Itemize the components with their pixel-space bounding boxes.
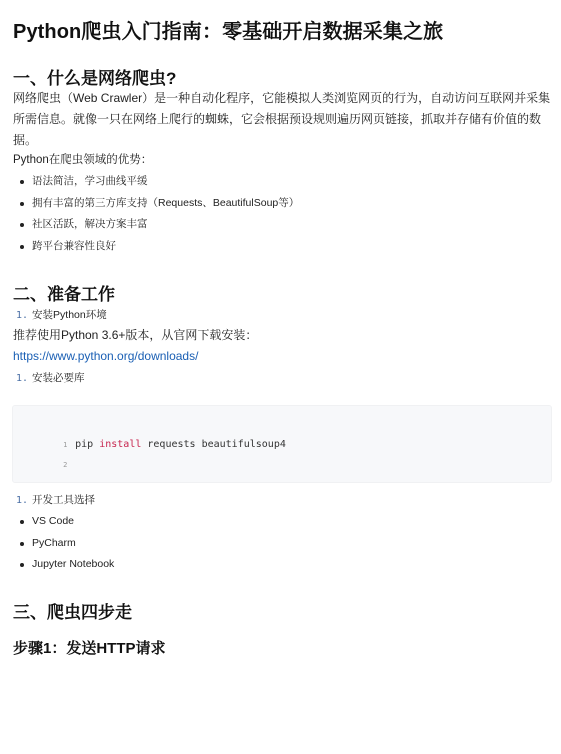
list-number: 1. (16, 495, 28, 506)
list-number: 1. (16, 373, 28, 384)
list-item: 语法简洁，学习曲线平缓 (13, 171, 299, 193)
advantages-intro: Python在爬虫领域的优势： (13, 150, 551, 171)
section-heading-preparation: 二、准备工作 (13, 280, 115, 305)
line-number: 2 (63, 461, 75, 469)
subheading-step1: 步骤1：发送HTTP请求 (13, 637, 166, 658)
list-item: VS Code (13, 511, 114, 533)
code-keyword: install (99, 439, 141, 450)
ordered-item-install-python: 1.安装Python环境 (16, 306, 107, 325)
list-item-label: 安装Python环境 (32, 309, 107, 321)
tools-list: VS Code PyCharm Jupyter Notebook (13, 511, 114, 576)
page-title: Python爬虫入门指南：零基础开启数据采集之旅 (13, 15, 443, 44)
crawler-definition-paragraph: 网络爬虫（Web Crawler）是一种自动化程序，它能模拟人类浏览网页的行为，… (13, 88, 551, 151)
advantages-list: 语法简洁，学习曲线平缓 拥有丰富的第三方库支持（Requests、Beautif… (13, 171, 299, 257)
code-line-2: 2 (27, 448, 75, 481)
python-download-link[interactable]: https://www.python.org/downloads/ (13, 347, 198, 365)
code-block[interactable]: 1pip install requests beautifulsoup4 2 (12, 405, 552, 483)
ordered-item-dev-tools: 1.开发工具选择 (16, 491, 95, 510)
list-item: 跨平台兼容性良好 (13, 236, 299, 258)
list-item: 社区活跃，解决方案丰富 (13, 214, 299, 236)
list-item-label: 开发工具选择 (32, 494, 95, 506)
code-command: pip (75, 439, 99, 450)
list-item-label: 安装必要库 (32, 372, 85, 384)
list-number: 1. (16, 310, 28, 321)
list-item: PyCharm (13, 533, 114, 555)
list-item: 拥有丰富的第三方库支持（Requests、BeautifulSoup等） (13, 193, 299, 215)
recommend-text: 推荐使用Python 3.6+版本，从官网下载安装： (13, 326, 551, 344)
ordered-item-install-libs: 1.安装必要库 (16, 369, 85, 388)
section-heading-what-is-crawler: 一、什么是网络爬虫? (13, 64, 176, 89)
code-args: requests beautifulsoup4 (141, 439, 286, 450)
list-item: Jupyter Notebook (13, 554, 114, 576)
section-heading-four-steps: 三、爬虫四步走 (13, 598, 132, 623)
